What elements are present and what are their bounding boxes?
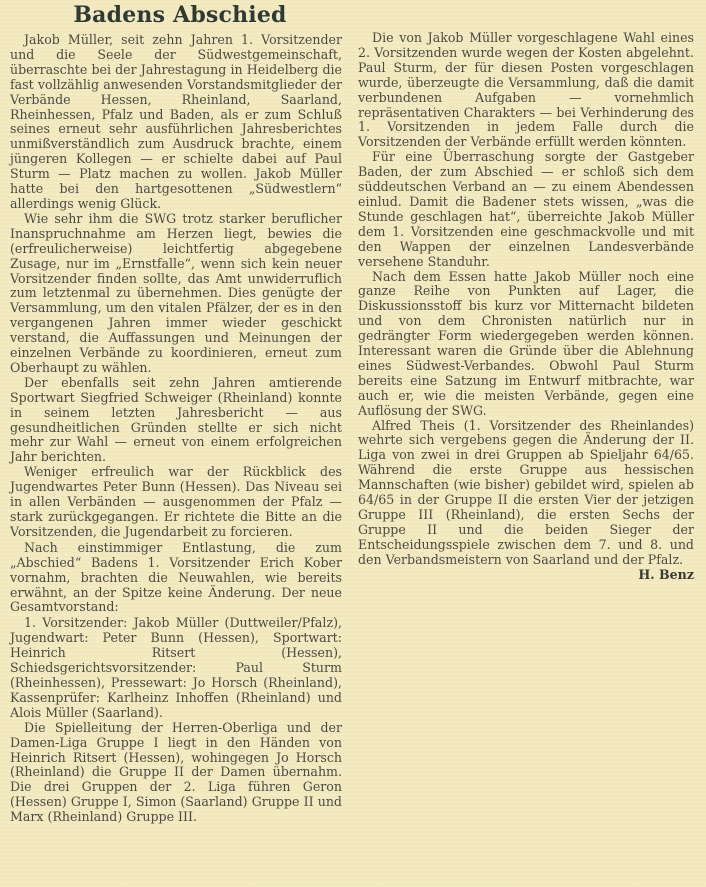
paragraph: Weniger erfreulich war der Rückblick des…: [10, 465, 342, 540]
paragraph: Alfred Theis (1. Vorsitzender des Rheinl…: [358, 419, 694, 568]
paragraph: Wie sehr ihm die SWG trotz starker beruf…: [10, 212, 342, 376]
paragraph: Nach dem Essen hatte Jakob Müller noch e…: [358, 270, 694, 419]
paragraph: Jakob Müller, seit zehn Jahren 1. Vorsit…: [10, 33, 342, 212]
left-column: Jakob Müller, seit zehn Jahren 1. Vorsit…: [10, 33, 342, 825]
article-headline: Badens Abschied: [0, 2, 360, 28]
paragraph: Für eine Überraschung sorgte der Gastgeb…: [358, 150, 694, 269]
newspaper-clipping: Badens Abschied Jakob Müller, seit zehn …: [0, 0, 706, 887]
author-byline: H. Benz: [624, 568, 694, 583]
paragraph: Nach einstimmiger Entlastung, die zum „A…: [10, 541, 342, 616]
paragraph: 1. Vorsitzender: Jakob Müller (Duttweile…: [10, 616, 342, 720]
paragraph: Die von Jakob Müller vorgeschlagene Wahl…: [358, 31, 694, 150]
paragraph: Der ebenfalls seit zehn Jahren amtierend…: [10, 376, 342, 465]
paragraph: Die Spielleitung der Herren-Oberliga und…: [10, 721, 342, 825]
paragraph-text: Alfred Theis (1. Vorsitzender des Rheinl…: [358, 418, 694, 567]
right-column: Die von Jakob Müller vorgeschlagene Wahl…: [358, 31, 694, 583]
